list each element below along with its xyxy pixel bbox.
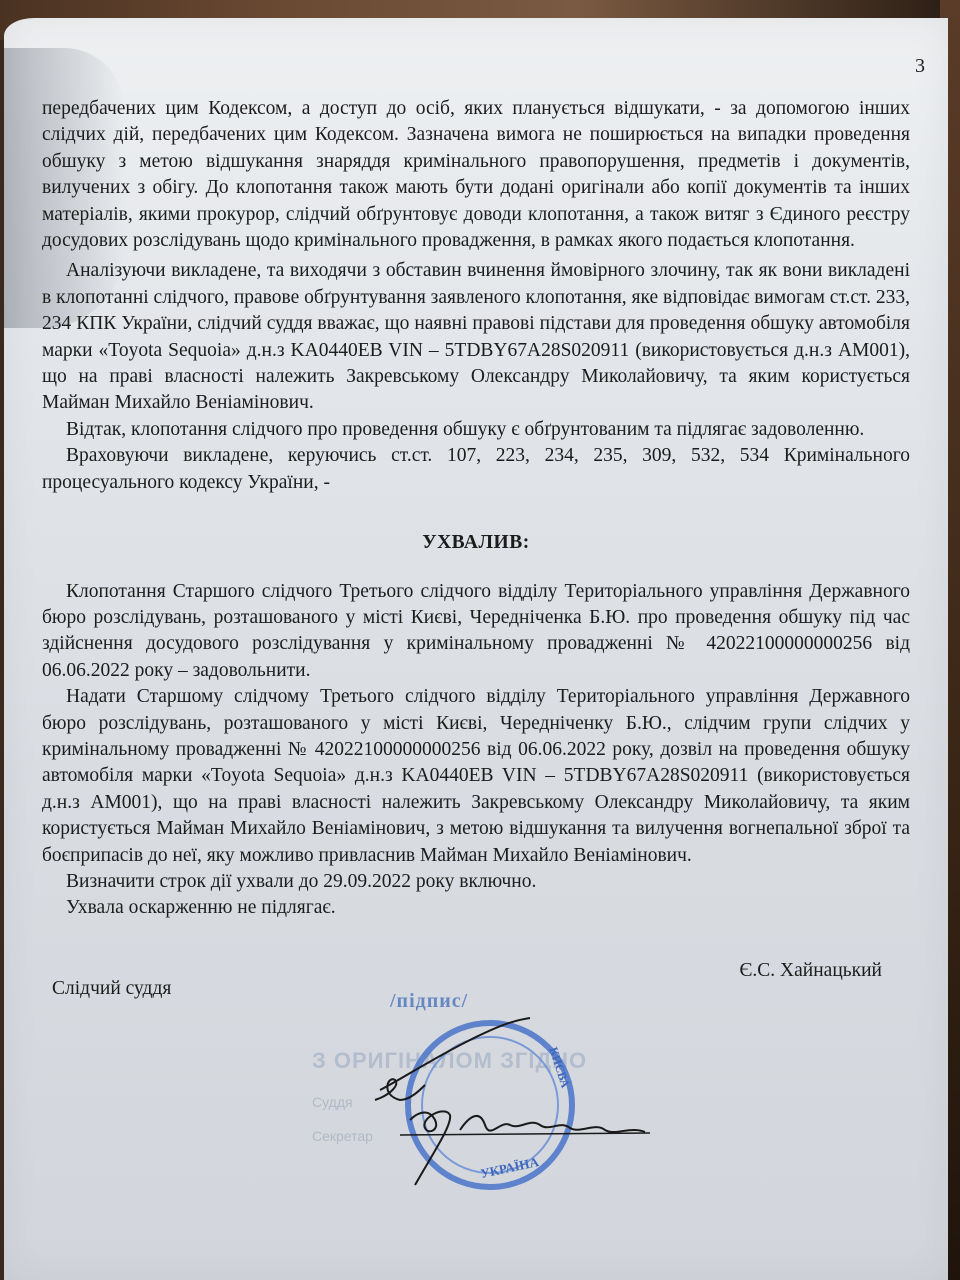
paragraph-requirements: передбачених цим Кодексом, а доступ до о… <box>42 96 910 254</box>
signature-stamp-label: /підпис/ <box>390 990 468 1013</box>
document-body: передбачених цим Кодексом, а доступ до о… <box>42 96 910 922</box>
ruling-no-appeal: Ухвала оскарженню не підлягає. <box>42 895 910 921</box>
paragraph-legal-basis: Враховуючи викладене, керуючись ст.ст. 1… <box>42 443 910 496</box>
ruling-heading: УХВАЛИВ: <box>42 530 910 556</box>
certified-secretary-label: Секретар <box>312 1128 373 1144</box>
paragraph-analysis: Аналізуючи викладене, та виходячи з обст… <box>42 258 910 416</box>
page-number: 3 <box>915 55 925 78</box>
signature-name: Є.С. Хайнацький <box>740 960 882 982</box>
paragraph-conclusion: Відтак, клопотання слідчого про проведен… <box>42 417 910 443</box>
ruling-grant-motion: Клопотання Старшого слідчого Третього сл… <box>42 579 910 685</box>
certified-judge-label: Суддя <box>312 1094 353 1110</box>
ruling-search-permission: Надати Старшому слідчому Третього слідчо… <box>42 684 910 869</box>
ruling-validity-term: Визначити строк дії ухвали до 29.09.2022… <box>42 869 910 895</box>
signature-role: Слідчий суддя <box>52 978 171 1000</box>
